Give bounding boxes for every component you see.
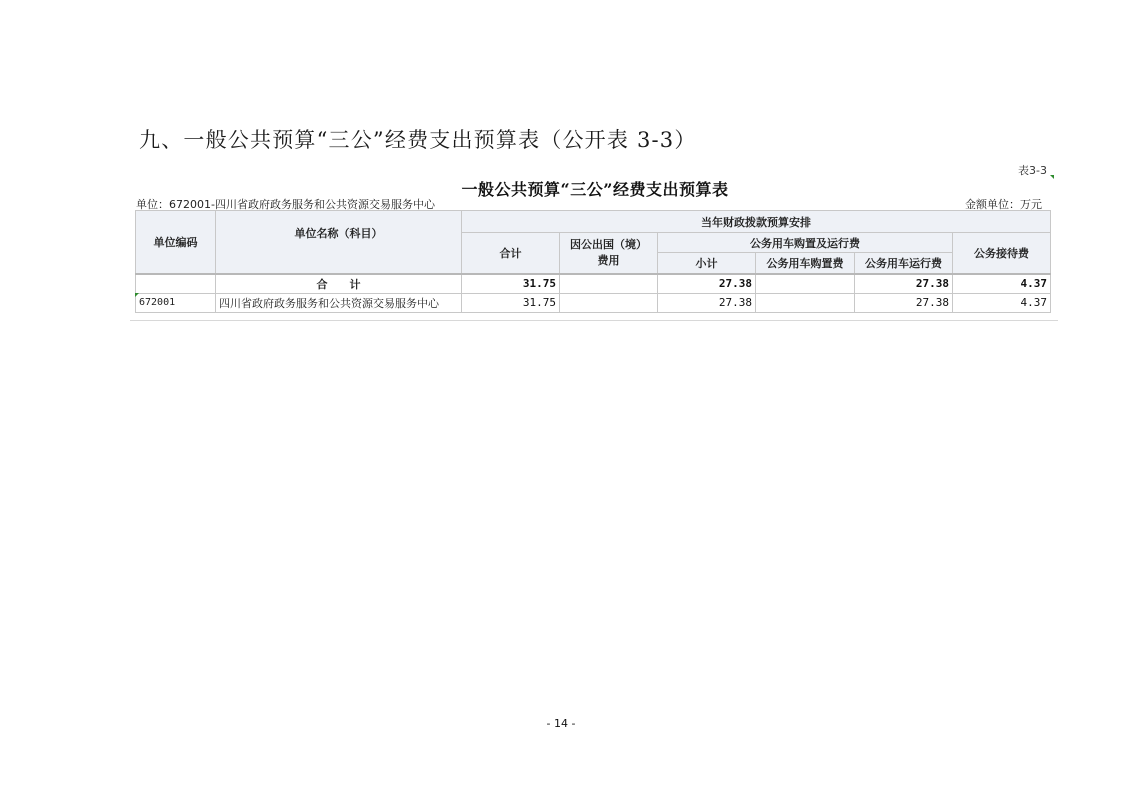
cell-reception: 4.37 <box>953 274 1051 294</box>
header-vehicle-purchase: 公务用车购置费 <box>756 253 855 274</box>
three-public-expenses-table: 单位编码 单位名称（科目） 当年财政拨款预算安排 合计 因公出国（境） 费用 公… <box>135 210 1051 313</box>
header-vehicle-group: 公务用车购置及运行费 <box>658 233 953 253</box>
page-number: - 14 - <box>0 717 1122 730</box>
table-number: 表3-3 <box>1018 162 1047 178</box>
cell-total: 31.75 <box>462 274 560 294</box>
header-current-year-allocation: 当年财政拨款预算安排 <box>462 211 1051 233</box>
cell-name: 四川省政府政务服务和公共资源交易服务中心 <box>216 293 462 312</box>
header-unit-code: 单位编码 <box>136 211 216 274</box>
header-overseas-line2: 费用 <box>563 253 654 269</box>
row-divider <box>130 320 1058 321</box>
cell-total: 31.75 <box>462 293 560 312</box>
cell-code <box>136 274 216 294</box>
header-reception: 公务接待费 <box>953 233 1051 274</box>
cell-comment-marker-icon <box>135 293 139 297</box>
cell-subtotal: 27.38 <box>658 274 756 294</box>
section-title: 九、一般公共预算“三公”经费支出预算表（公开表 3-3） <box>139 124 697 154</box>
cell-vehicle-operation: 27.38 <box>855 274 953 294</box>
cell-name: 合 计 <box>216 274 462 294</box>
cell-subtotal: 27.38 <box>658 293 756 312</box>
cell-reception: 4.37 <box>953 293 1051 312</box>
table-row-total: 合 计 31.75 27.38 27.38 4.37 <box>136 274 1051 294</box>
cell-vehicle-purchase <box>756 274 855 294</box>
header-overseas-expenses: 因公出国（境） 费用 <box>560 233 658 274</box>
header-overseas-line1: 因公出国（境） <box>563 237 654 253</box>
header-unit-name: 单位名称（科目） <box>216 211 462 274</box>
header-subtotal: 小计 <box>658 253 756 274</box>
header-vehicle-operation: 公务用车运行费 <box>855 253 953 274</box>
cell-overseas <box>560 293 658 312</box>
cell-overseas <box>560 274 658 294</box>
header-total: 合计 <box>462 233 560 274</box>
cell-vehicle-purchase <box>756 293 855 312</box>
cell-code: 672001 <box>136 293 216 312</box>
table-row: 672001 四川省政府政务服务和公共资源交易服务中心 31.75 27.38 … <box>136 293 1051 312</box>
cell-vehicle-operation: 27.38 <box>855 293 953 312</box>
